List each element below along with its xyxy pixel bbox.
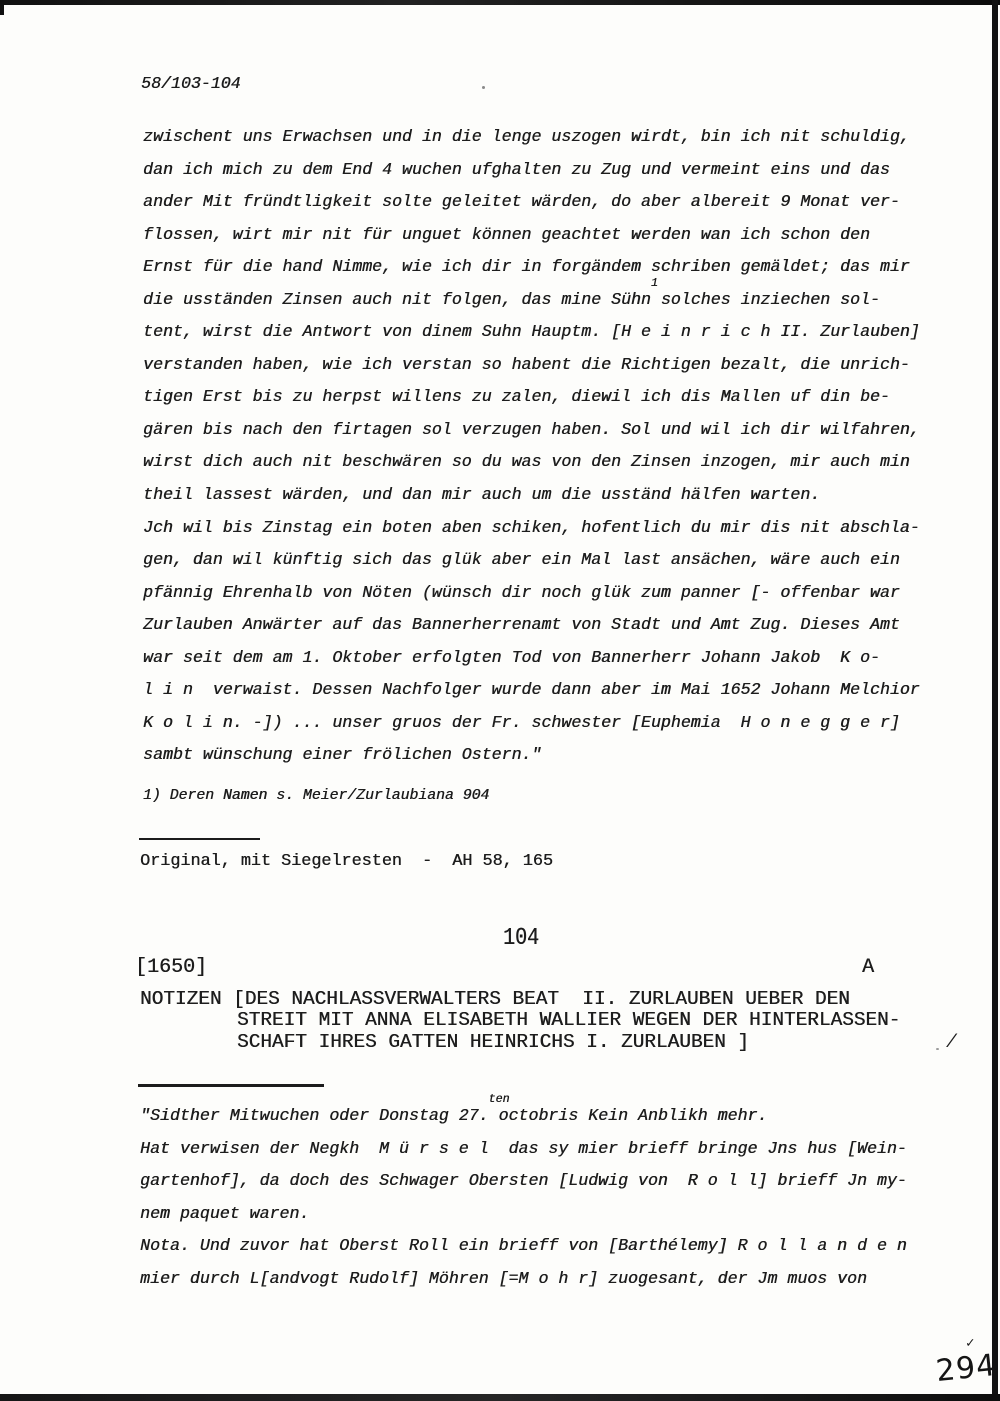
text-line: verstanden haben, wie ich verstan so hab…: [143, 349, 920, 382]
text-line: SCHAFT IHRES GATTEN HEINRICHS I. ZURLAUB…: [140, 1032, 900, 1053]
entry-title-block: NOTIZEN [DES NACHLASSVERWALTERS BEAT II.…: [140, 989, 900, 1053]
entry-year: [1650]: [135, 956, 207, 979]
text-line: Jch wil bis Zinstag ein boten aben schik…: [143, 512, 920, 545]
text-line: theil lassest wärden, und dan mir auch u…: [143, 479, 920, 512]
divider-rule-upper: [139, 838, 260, 840]
scan-speck-small: [936, 1048, 939, 1050]
text-line: tent, wirst die Antwort von dinem Suhn H…: [143, 316, 920, 349]
text-line: K o l i n. -]) ... unser gruos der Fr. s…: [143, 707, 920, 740]
archive-reference: 58/103-104: [141, 74, 241, 93]
text-line: gartenhof], da doch des Schwager Oberste…: [140, 1165, 907, 1198]
text-line: wirst dich auch nit beschwären so du was…: [143, 446, 920, 479]
text-line: NOTIZEN [DES NACHLASSVERWALTERS BEAT II.…: [140, 989, 900, 1010]
handwritten-page-number: 294: [934, 1348, 998, 1389]
text-line: mier durch L[andvogt Rudolf] Möhren [=M …: [140, 1263, 907, 1296]
scan-speck: [482, 86, 485, 89]
provenance-note: Original, mit Siegelresten - AH 58, 165: [140, 852, 553, 871]
margin-slash-mark: /: [946, 1033, 957, 1053]
text-line: pfännig Ehrenhalb von Nöten (wünsch dir …: [143, 577, 920, 610]
notes-transcription-body: "Sidther Mitwuchen oder Donstag 27.ten o…: [140, 1100, 907, 1295]
text-line: flossen, wirt mir nit für unguet können …: [143, 219, 920, 252]
footnote: 1) Deren Namen s. Meier/Zurlaubiana 904: [143, 788, 489, 804]
scan-edge-top-left: [0, 0, 4, 15]
text-line: STREIT MIT ANNA ELISABETH WALLIER WEGEN …: [140, 1010, 900, 1031]
text-line: Nota. Und zuvor hat Oberst Roll ein brie…: [140, 1230, 907, 1263]
text-line: Ernst für die hand Nimme, wie ich dir in…: [143, 251, 920, 284]
text-line: war seit dem am 1. Oktober erfolgten Tod…: [143, 642, 920, 675]
text-line: zwischent uns Erwachsen und in die lenge…: [143, 121, 920, 154]
text-line: ander Mit fründtligkeit solte geleitet w…: [143, 186, 920, 219]
text-line: Hat verwisen der Negkh M ü r s e l das s…: [140, 1133, 907, 1166]
text-line: "Sidther Mitwuchen oder Donstag 27.ten o…: [140, 1100, 907, 1133]
corner-letter-mark: A: [862, 956, 874, 979]
scan-edge-bottom: [0, 1394, 1000, 1401]
text-line: l i n verwaist. Dessen Nachfolger wurde …: [143, 674, 920, 707]
scan-edge-right: [992, 0, 998, 1401]
text-line: dan ich mich zu dem End 4 wuchen ufghalt…: [143, 154, 920, 187]
text-line: gen, dan wil künftig sich das glük aber …: [143, 544, 920, 577]
text-line: nem paquet waren.: [140, 1198, 907, 1231]
text-line: tigen Erst bis zu herpst willens zu zale…: [143, 381, 920, 414]
letter-transcription-body: zwischent uns Erwachsen und in die lenge…: [143, 121, 920, 772]
entry-number-heading: 104: [503, 925, 539, 952]
divider-rule-lower: [138, 1084, 324, 1087]
text-line: die usständen Zinsen auch nit folgen, da…: [143, 284, 920, 317]
text-line: gären bis nach den firtagen sol verzugen…: [143, 414, 920, 447]
scanned-document-page: 58/103-104 zwischent uns Erwachsen und i…: [0, 0, 1000, 1401]
text-line: Zurlauben Anwärter auf das Bannerherrena…: [143, 609, 920, 642]
text-line: sambt wünschung einer frölichen Ostern.": [143, 739, 920, 772]
scan-edge-top: [0, 0, 1000, 5]
